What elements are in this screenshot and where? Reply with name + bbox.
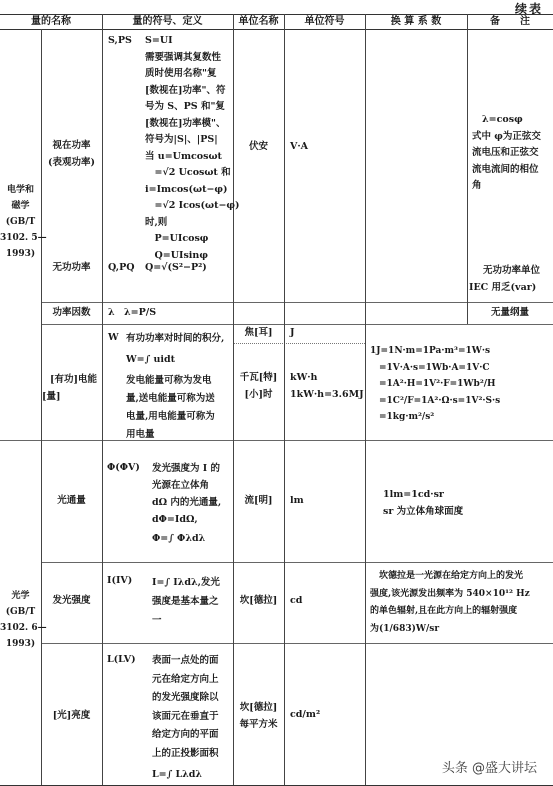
unit-name-line: 千瓦[特] [233,370,284,387]
quantity-name-luminance: [光]亮度 [41,708,102,725]
unit-symbol-lumen: lm [290,493,365,510]
remarks-line: 流电压和正弦交 [472,145,553,162]
quantity-name-power-factor: 功率因数 [41,305,102,322]
name-line: [有功]电能 [42,372,102,389]
definition-line: 该面元在垂直于 [152,708,232,727]
header-bottom-border [0,29,553,30]
conversion-line: 为(1/683)W/sr [370,621,553,639]
section-divider [0,440,553,441]
conversion-lumen: 1lm=1cd·sr sr 为立体角球面度 [383,487,553,520]
row-divider [41,302,553,303]
definition-line: 发光强度为 I 的 [152,460,232,477]
unit-name-line: 坎[德拉] [233,700,284,717]
unit-divider-dotted [233,343,365,344]
col-divider [284,14,285,785]
name-line: (表观功率) [41,155,102,172]
definition-line: 符号为|S|、|PS| [145,132,233,149]
unit-symbol-line: 1kW·h=3.6MJ [290,387,365,404]
definition-line: 元在给定方向上 [152,671,232,690]
definition-line: [数视在]功率模"、 [145,116,233,133]
definition-line: =√2 Icos(ωt−φ) [145,198,233,215]
unit-name-line: 每平方米 [233,717,284,734]
definition-line: 电量,用电能量可称为 [126,408,230,426]
definition-line: Φ=∫ Φλdλ [152,528,232,550]
definition-line: =√2 Ucosωt 和 [145,165,233,182]
definition-line: i=Imcos(ωt−φ) [145,182,233,199]
unit-name-candela-per-square-metre: 坎[德拉] 每平方米 [233,700,284,733]
definition-apparent-power: S=UI 需要强调其复数性 质时使用名称"复 [数视在]功率"、符 号为 S、P… [145,33,233,264]
definition-line: 号为 S、PS 和"复 [145,99,233,116]
category-line: 3102. 5— [0,230,41,246]
col-divider [365,14,366,785]
quantity-name-active-energy: [有功]电能 [量] [42,372,102,405]
category-line: 1993) [0,636,41,652]
quantity-name-reactive-power: 无功功率 [41,260,102,277]
remarks-line: 无功功率单位 [469,263,553,280]
remarks-reactive-power: 无功功率单位 IEC 用乏(var) [469,263,553,296]
definition-line: P=UIcosφ [145,231,233,248]
header-unit-symbol: 单位符号 [284,14,365,29]
conversion-line: =1A²·H=1V²·F=1Wb²/H [370,376,553,393]
remarks-line: IEC 用乏(var) [469,280,553,297]
definition-line: 一 [152,611,232,630]
definition-reactive-power: Q=√(S²−P²) [145,260,233,277]
unit-symbol-kilowatt-hour: kW·h 1kW·h=3.6MJ [290,370,365,403]
definition-line: 上的正投影面积 [152,745,232,764]
unit-symbol-joule: J [290,325,365,342]
definition-luminous-intensity: I=∫ Iλdλ,发光 强度是基本量之 一 [152,573,232,630]
remarks-apparent-power: λ=cosφ 式中 φ为正弦交 流电压和正弦交 流电流间的相位 角 [472,112,553,195]
category-line: 电学和 [0,182,41,198]
header-unit-name: 单位名称 [233,14,284,29]
remarks-power-factor: 无量纲量 [467,305,553,322]
definition-line: dΩ 内的光通量, [152,494,232,511]
symbol-luminance: L(LV) [107,652,151,669]
conversion-line: =1V·A·s=1Wb·A=1V·C [370,360,553,377]
definition-power-factor: λ=P/S [124,305,224,322]
definition-line: 有功功率对时间的积分, [126,330,230,348]
unit-name-joule: 焦[耳] [233,325,284,342]
unit-symbol-candela: cd [290,593,365,610]
unit-symbol-apparent-power: V·A [290,139,365,156]
row-divider [41,562,553,563]
conversion-line: =1kg·m²/s² [370,409,553,426]
remarks-line: 角 [472,178,553,195]
category-line: (GB/T [0,214,41,230]
conversion-line: 1lm=1cd·sr [383,487,553,504]
category-line: 1993) [0,246,41,262]
conversion-line: sr 为立体角球面度 [383,504,553,521]
unit-name-kilowatt-hour: 千瓦[特] [小]时 [233,370,284,403]
symbol-reactive-power: Q,PQ [108,260,148,277]
col-divider [467,14,468,324]
unit-symbol-line: kW·h [290,370,365,387]
header-quantity-name: 量的名称 [0,14,102,29]
quantity-name-luminous-intensity: 发光强度 [41,593,102,610]
unit-name-lumen: 流[明] [233,493,284,510]
conversion-line: 坎德拉是一光源在给定方向上的发光 [370,568,553,586]
row-divider [41,643,553,644]
symbol-luminous-intensity: I(IV) [107,573,151,590]
category-electricity-magnetism: 电学和 磁学 (GB/T 3102. 5— 1993) [0,182,41,262]
symbol-active-energy: W [108,330,128,347]
definition-line: 量,送电能量可称为送 [126,390,230,408]
quantity-name-apparent-power: 视在功率 (表观功率) [41,138,102,171]
remarks-line: λ=cosφ [472,112,553,129]
definition-line: 时,则 [145,215,233,232]
category-optics: 光学 (GB/T 3102. 6— 1993) [0,588,41,652]
quantity-name-luminous-flux: 光通量 [41,493,102,510]
conversion-line: =1C²/F=1A²·Ω·s=1V²·S·s [370,393,553,410]
unit-symbol-candela-per-square-metre: cd/m² [290,707,365,724]
category-line: 磁学 [0,198,41,214]
remarks-line: 流电流间的相位 [472,162,553,179]
definition-line: 发电能量可称为发电 [126,372,230,390]
definition-line: 表面一点处的面 [152,652,232,671]
unit-name-candela: 坎[德拉] [233,593,284,610]
definition-luminous-flux: 发光强度为 I 的 光源在立体角 dΩ 内的光通量, dΦ=IdΩ, Φ=∫ Φ… [152,460,232,550]
col-divider [102,14,103,785]
header-symbol-definition: 量的符号、定义 [102,14,233,29]
symbol-apparent-power: S,PS [108,33,148,50]
conversion-line: 的单色辐射,且在此方向上的辐射强度 [370,603,553,621]
name-line: [量] [42,389,102,406]
symbol-luminous-flux: Φ(ΦV) [107,460,151,477]
definition-luminance: 表面一点处的面 元在给定方向上 的发光强度除以 该面元在垂直于 给定方向的平面 … [152,652,232,786]
definition-line: 光源在立体角 [152,477,232,494]
conversion-candela: 坎德拉是一光源在给定方向上的发光 强度,该光源发出频率为 540×10¹² Hz… [370,568,553,638]
definition-line: S=UI [145,33,233,50]
definition-line: W=∫ uidt [126,348,230,372]
definition-line: 强度是基本量之 [152,592,232,611]
definition-line: 当 u=Umcosωt [145,149,233,166]
unit-name-apparent-power: 伏安 [233,139,284,156]
category-line: (GB/T [0,604,41,620]
watermark: 头条 @盛大讲坛 [442,757,537,776]
definition-line: 需要强调其复数性 [145,50,233,67]
header-conversion-factor: 换 算 系 数 [365,14,467,29]
definition-line: dΦ=IdΩ, [152,511,232,528]
conversion-line: 强度,该光源发出频率为 540×10¹² Hz [370,586,553,604]
definition-active-energy: 有功功率对时间的积分, W=∫ uidt 发电能量可称为发电 量,送电能量可称为… [126,330,230,444]
definition-line: 的发光强度除以 [152,689,232,708]
definition-line: 质时使用名称"复 [145,66,233,83]
category-line: 光学 [0,588,41,604]
category-line: 3102. 6— [0,620,41,636]
definition-line: 给定方向的平面 [152,726,232,745]
conversion-line: 1J=1N·m=1Pa·m³=1W·s [370,343,553,360]
unit-name-line: [小]时 [233,387,284,404]
header-remarks: 备 注 [467,14,553,29]
remarks-line: 式中 φ为正弦交 [472,129,553,146]
name-line: 视在功率 [41,138,102,155]
definition-line: I=∫ Iλdλ,发光 [152,573,232,592]
definition-line: 用电量 [126,426,230,444]
definition-line: [数视在]功率"、符 [145,83,233,100]
conversion-joule: 1J=1N·m=1Pa·m³=1W·s =1V·A·s=1Wb·A=1V·C =… [370,343,553,426]
definition-line: L=∫ Lλdλ [152,763,232,786]
